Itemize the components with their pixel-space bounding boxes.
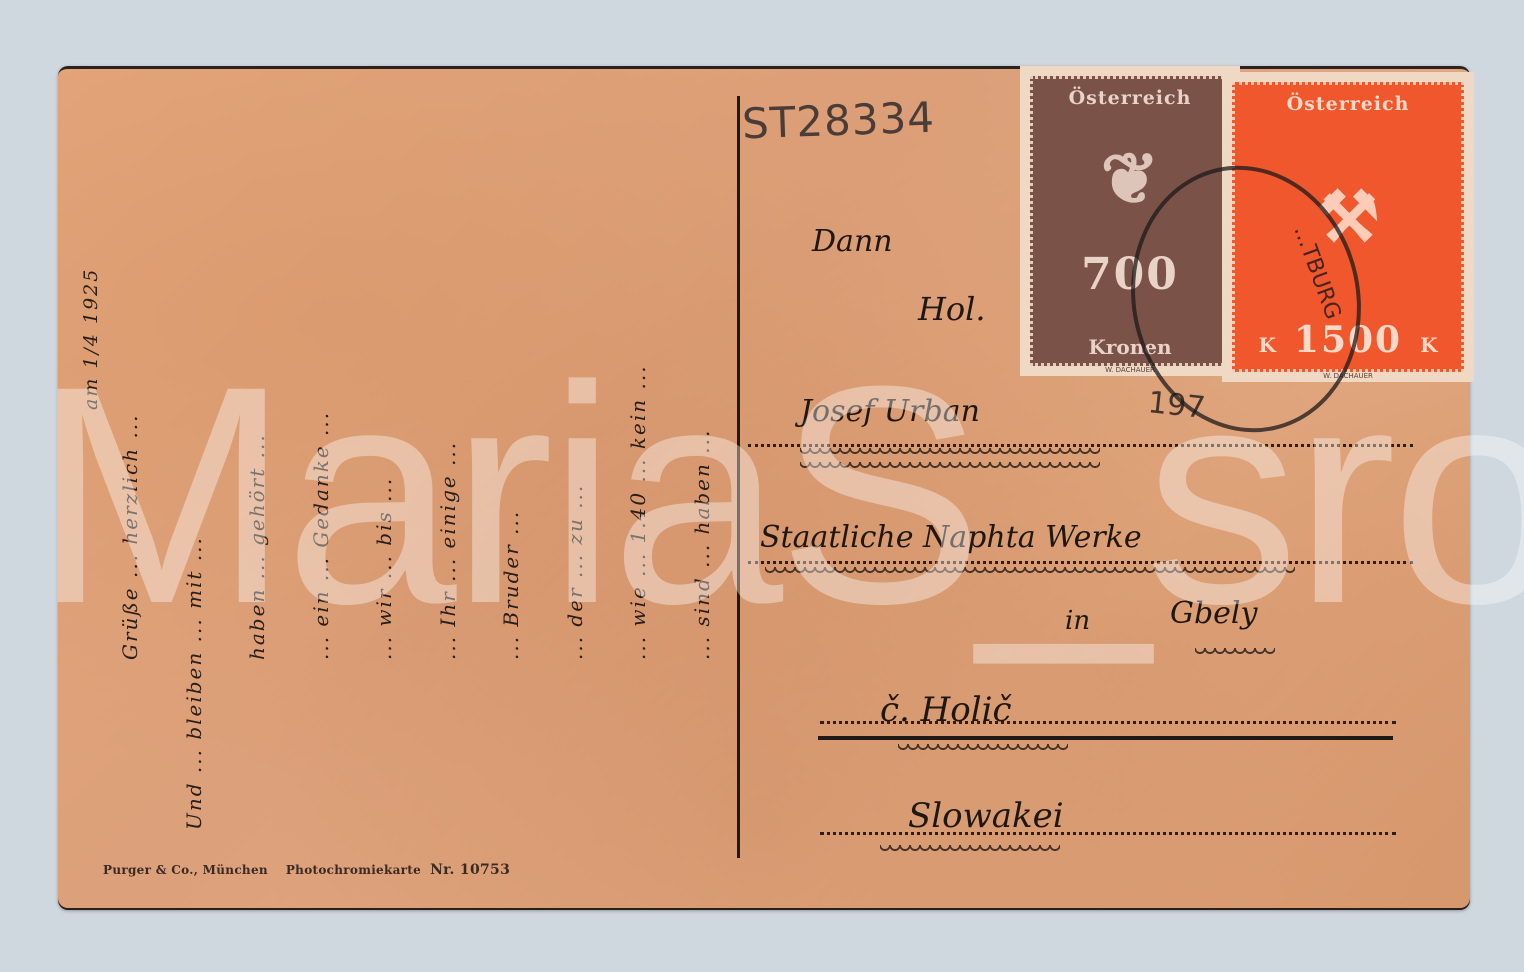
wheat-sheaf-icon: ❦ — [1101, 144, 1160, 214]
publisher-name: Purger & Co., München — [103, 863, 268, 877]
publisher-imprint: Purger & Co., München Photochromiekarte … — [103, 862, 510, 878]
address-line-3 — [820, 721, 1396, 724]
card-type: Photochromiekarte — [286, 863, 421, 877]
district-underline — [898, 744, 1068, 754]
message-line: Und ... bleiben ... mit ... — [182, 270, 206, 830]
address-salutation: Dann — [812, 224, 893, 259]
message-address-divider — [737, 96, 740, 858]
address-company: Staatliche Naphta Werke — [760, 520, 1142, 555]
message-line: ... Ihr ... einige ... — [436, 100, 460, 660]
stamp-country: Österreich — [1287, 93, 1410, 115]
town-underline — [1195, 648, 1275, 658]
address-line-4 — [820, 832, 1396, 835]
address-town: Gbely — [1170, 596, 1257, 631]
date-note: am 1/4 1925 — [80, 80, 102, 410]
postmark-year: 197 — [1146, 385, 1207, 426]
reference-code: ST28334 — [741, 93, 936, 149]
message-line: ... sind ... haben ... — [690, 100, 714, 660]
address-recipient: Josef Urban — [800, 394, 980, 429]
message-line: ... ein ... Gedanke ... — [309, 100, 333, 660]
address-country: Slowakei — [908, 796, 1064, 836]
message-line: ... wir ... bis ... — [372, 100, 396, 660]
address-district: č. Holič — [880, 690, 1012, 730]
address-line-2 — [748, 561, 1413, 564]
message-line: haben ... gehört ... — [245, 100, 269, 660]
address-solid-line — [818, 736, 1393, 740]
address-title: Hol. — [918, 290, 986, 328]
country-underline — [880, 845, 1060, 855]
message-line: ... Bruder ... — [499, 100, 523, 660]
stamp-country: Österreich — [1069, 87, 1192, 109]
message-line: ... der ... zu ... — [563, 100, 587, 660]
recipient-underline — [800, 448, 1100, 458]
card-number: Nr. 10753 — [430, 862, 510, 878]
stamp-unit-right: K — [1420, 333, 1437, 357]
message-line: Grüße ... herzlich ... — [118, 410, 142, 660]
recipient-underline-2 — [800, 462, 1100, 472]
message-line: ... wie ... 1.40 ... kein ... — [626, 100, 650, 660]
address-line-1 — [748, 444, 1413, 447]
company-underline — [765, 567, 1295, 577]
address-town-prefix: in — [1065, 606, 1090, 636]
